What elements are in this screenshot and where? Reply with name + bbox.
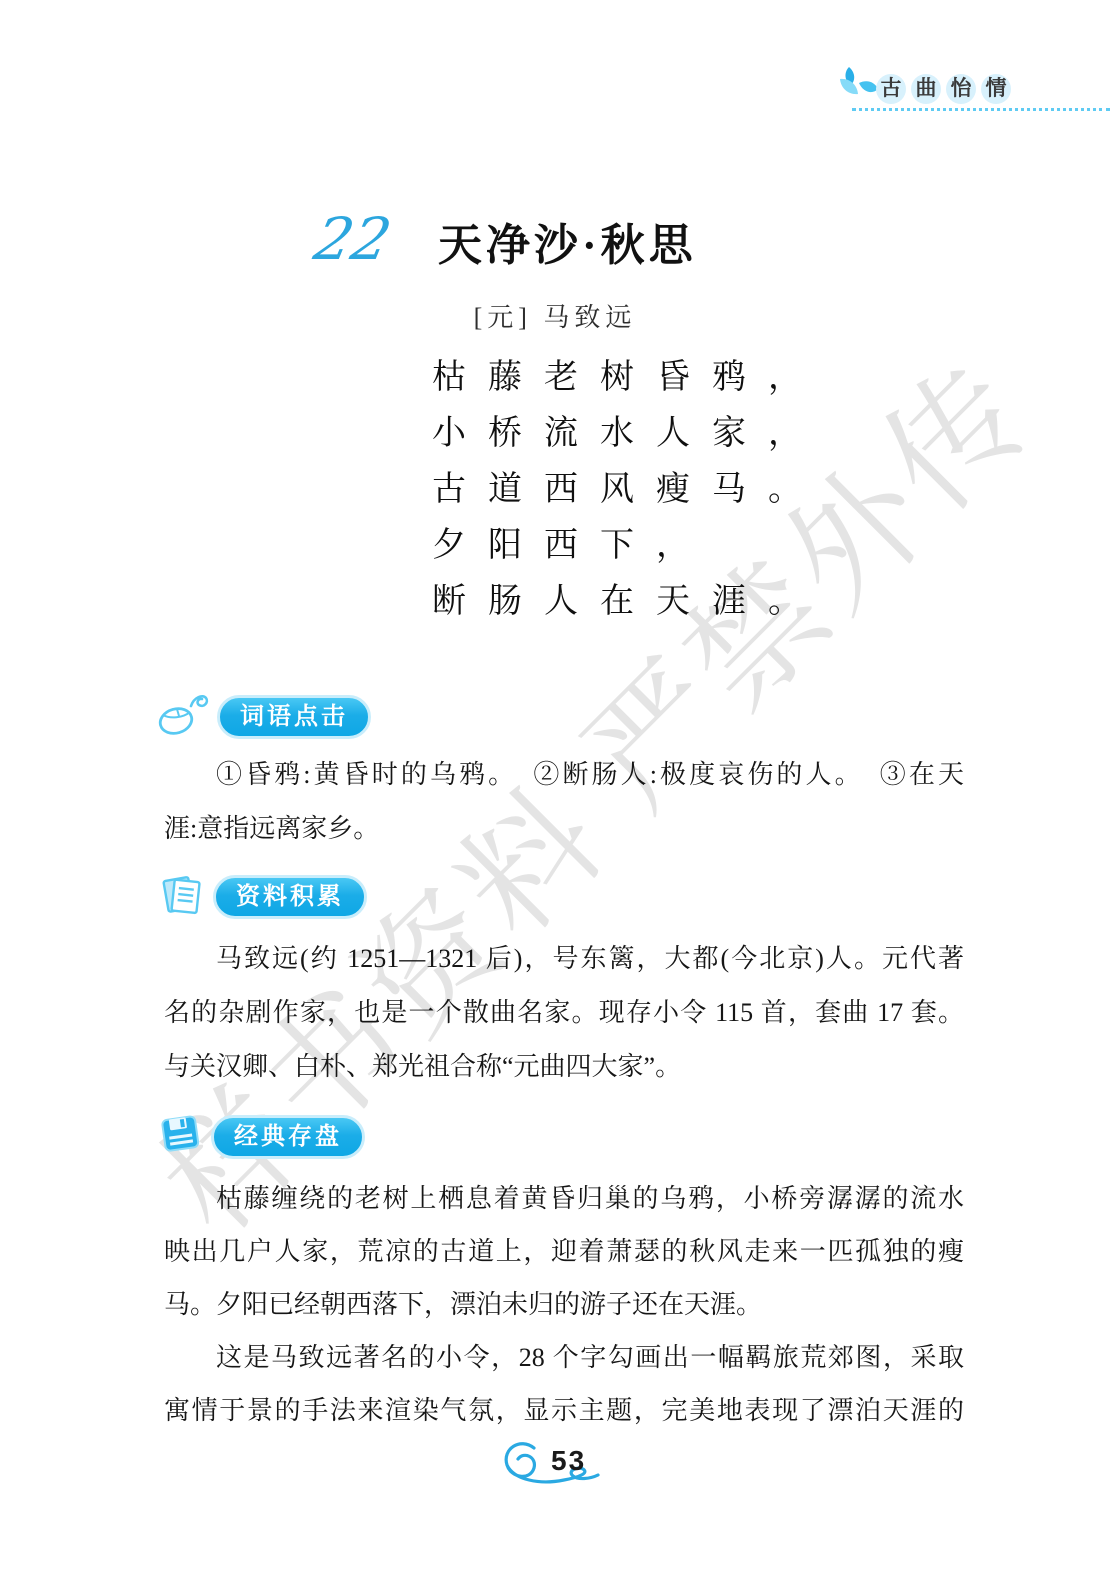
page-number: 53 — [551, 1445, 586, 1477]
text-line: 与关汉卿、白朴、郑光祖合称“元曲四大家”。 — [164, 1040, 964, 1094]
mouse-icon — [158, 692, 212, 743]
page-title: 天净沙·秋思 — [438, 220, 697, 273]
tagline-char: 曲 — [911, 74, 941, 104]
document-icon — [158, 870, 208, 925]
book-page: 样书资料 严禁外传 古 曲 怡 情 22 天净沙·秋思 [元] 马致远 — [0, 0, 1110, 1571]
badge-label: 资料积累 — [213, 875, 367, 919]
poem-line: 枯藤老树昏鸦， — [432, 350, 824, 406]
text-line: ①昏鸦:黄昏时的乌鸦。 ②断肠人:极度哀伤的人。 ③在天 — [164, 748, 964, 802]
poem-line: 古道西风瘦马。 — [432, 462, 824, 518]
lesson-number: 22 — [310, 210, 396, 268]
text-line: 枯藤缠绕的老树上栖息着黄昏归巢的乌鸦，小桥旁潺潺的流水 — [164, 1172, 964, 1225]
text-line: 映出几户人家，荒凉的古道上，迎着萧瑟的秋风走来一匹孤独的瘦 — [164, 1225, 964, 1278]
tagline-char: 古 — [876, 74, 906, 104]
section-badge-classic: 经典存盘 — [158, 1112, 365, 1162]
text-line: 涯:意指远离家乡。 — [164, 802, 964, 856]
text-line: 马。夕阳已经朝西落下，漂泊未归的游子还在天涯。 — [164, 1278, 964, 1331]
word-notes: ①昏鸦:黄昏时的乌鸦。 ②断肠人:极度哀伤的人。 ③在天 涯:意指远离家乡。 — [164, 748, 964, 856]
material-paragraph: 马致远(约 1251—1321 后)，号东篱，大都(今北京)人。元代著 名的杂剧… — [164, 932, 964, 1094]
poem: 枯藤老树昏鸦， 小桥流水人家， 古道西风瘦马。 夕阳西下， 断肠人在天涯。 — [432, 350, 824, 630]
text-line: 马致远(约 1251—1321 后)，号东篱，大都(今北京)人。元代著 — [164, 932, 964, 986]
section-badge-material: 资料积累 — [158, 872, 367, 922]
tagline-char: 情 — [981, 74, 1011, 104]
badge-label: 经典存盘 — [211, 1115, 365, 1159]
header-tagline: 古 曲 怡 情 — [876, 74, 1011, 104]
running-head: 古 曲 怡 情 — [836, 64, 1110, 112]
poem-line: 夕阳西下， — [432, 518, 824, 574]
poem-line: 断肠人在天涯。 — [432, 574, 824, 630]
text-line: 名的杂剧作家，也是一个散曲名家。现存小令 115 首，套曲 17 套。 — [164, 986, 964, 1040]
tagline-char: 怡 — [946, 74, 976, 104]
poem-line: 小桥流水人家， — [432, 406, 824, 462]
section-badge-words: 词语点击 — [158, 692, 371, 742]
classic-paragraphs: 枯藤缠绕的老树上栖息着黄昏归巢的乌鸦，小桥旁潺潺的流水 映出几户人家，荒凉的古道… — [164, 1172, 964, 1437]
dotted-divider — [852, 108, 1110, 111]
badge-label: 词语点击 — [217, 695, 371, 739]
text-line: 寓情于景的手法来渲染气氛，显示主题，完美地表现了漂泊天涯的 — [164, 1384, 964, 1437]
author-line: [元] 马致远 — [0, 297, 1110, 334]
floppy-icon — [158, 1112, 206, 1163]
leaf-icon — [838, 66, 878, 113]
text-line: 这是马致远著名的小令，28 个字勾画出一幅羁旅荒郊图，采取 — [164, 1331, 964, 1384]
